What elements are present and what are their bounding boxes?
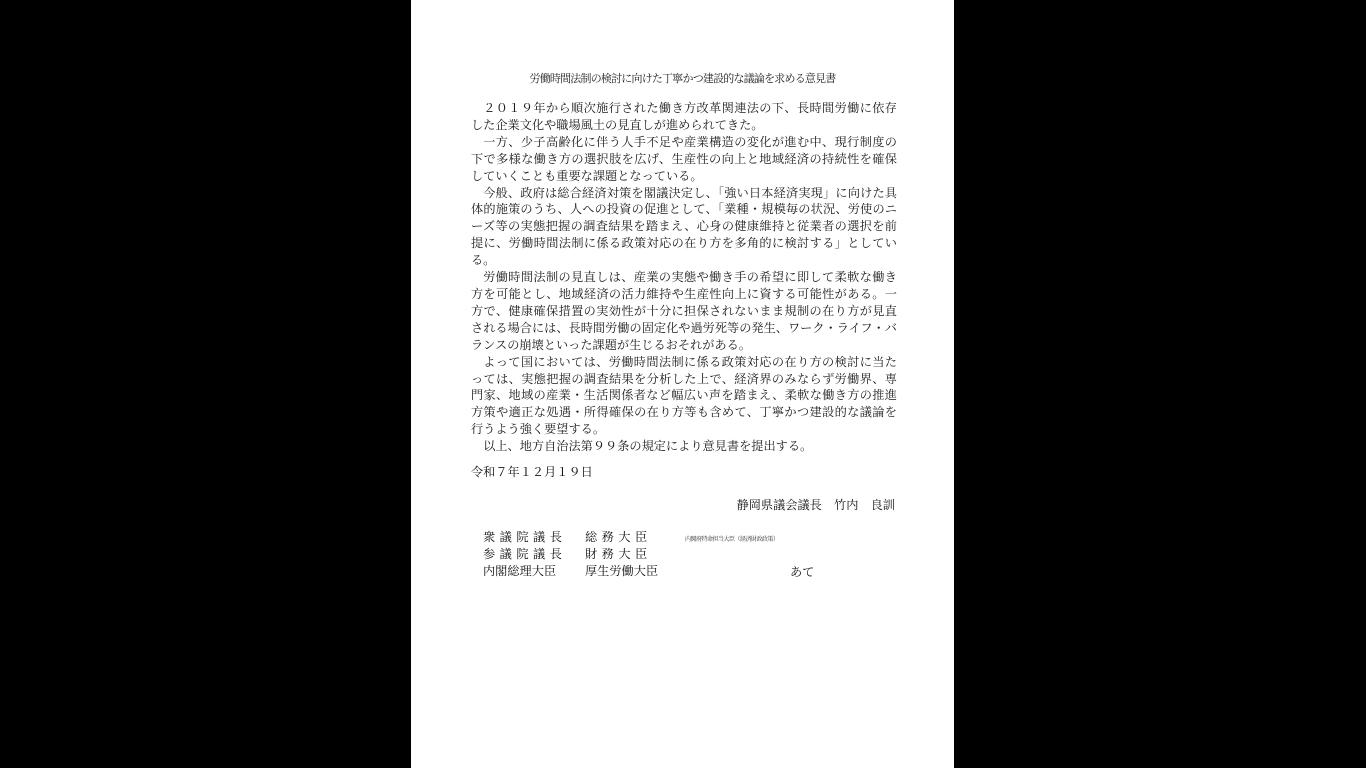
addressee-row: 内閣総理大臣 厚生労働大臣 [483,563,779,580]
paragraph: よって国においては、労働時間法制に係る政策対応の在り方の検討に当たっては、実態把… [471,354,897,439]
paragraph: 労働時間法制の見直しは、産業の実態や働き手の希望に即して柔軟な働き方を可能とし、… [471,269,897,354]
addressee: 参議院議長 [483,546,585,563]
paragraph: 以上、地方自治法第９９条の規定により意見書を提出する。 [471,438,897,455]
document-title: 労働時間法制の検討に向けた丁寧かつ建設的な議論を求める意見書 [411,70,954,86]
addressee: 衆議院議長 [483,529,585,546]
document-page: 労働時間法制の検討に向けた丁寧かつ建設的な議論を求める意見書 ２０１９年から順次… [411,0,954,768]
addressee: 内閣総理大臣 [483,563,585,580]
document-body: ２０１９年から順次施行された働き方改革関連法の下、長時間労働に依存した企業文化や… [471,100,897,455]
addressed-to: あて [790,563,814,580]
addressee-row: 衆議院議長 総務大臣 内閣府特命担当大臣（経済財政政策） [483,529,779,546]
signer: 静岡県議会議長 竹内 良訓 [737,496,895,513]
paragraph: 今般、政府は総合経済対策を閣議決定し、「強い日本経済実現」に向けた具体的施策のう… [471,185,897,270]
addressee: 内閣府特命担当大臣（経済財政政策） [685,529,779,546]
paragraph: 一方、少子高齢化に伴う人手不足や産業構造の変化が進む中、現行制度の下で多様な働き… [471,134,897,185]
paragraph: ２０１９年から順次施行された働き方改革関連法の下、長時間労働に依存した企業文化や… [471,100,897,134]
addressee: 総務大臣 [585,529,685,546]
addressee-list: 衆議院議長 総務大臣 内閣府特命担当大臣（経済財政政策） 参議院議長 財務大臣 … [483,529,779,580]
addressee: 財務大臣 [585,546,685,563]
addressee: 厚生労働大臣 [585,563,685,580]
document-date: 令和７年１２月１９日 [471,463,593,480]
